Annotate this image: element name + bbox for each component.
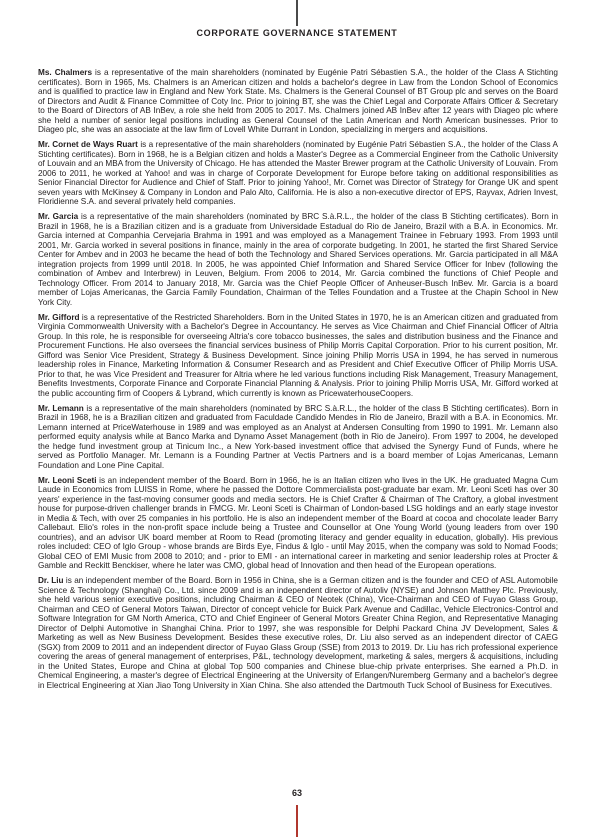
bio-paragraph: Mr. Cornet de Ways Ruart is a representa… <box>38 140 558 207</box>
bottom-crop-mark <box>296 805 298 837</box>
person-name: Ms. Chalmers <box>38 68 92 77</box>
person-bio: is an independent member of the Board. B… <box>38 476 558 571</box>
person-bio: is a representative of the main sharehol… <box>38 212 558 307</box>
bio-paragraph: Mr. Leoni Sceti is an independent member… <box>38 476 558 571</box>
person-bio: is an independent member of the Board. B… <box>38 576 558 690</box>
person-bio: is a representative of the main sharehol… <box>38 140 558 206</box>
page-number: 63 <box>0 788 594 798</box>
person-name: Mr. Cornet de Ways Ruart <box>38 140 138 149</box>
person-name: Mr. Leoni Sceti <box>38 476 97 485</box>
person-bio: is a representative of the main sharehol… <box>38 404 558 470</box>
page-title: CORPORATE GOVERNANCE STATEMENT <box>0 28 594 38</box>
document-page: CORPORATE GOVERNANCE STATEMENT Ms. Chalm… <box>0 0 594 840</box>
bio-paragraph: Mr. Gifford is a representative of the R… <box>38 313 558 399</box>
person-name: Mr. Garcia <box>38 212 78 221</box>
content-area: Ms. Chalmers is a representative of the … <box>38 68 558 696</box>
person-bio: is a representative of the main sharehol… <box>38 68 558 134</box>
person-name: Mr. Gifford <box>38 313 80 322</box>
bio-paragraph: Dr. Liu is an independent member of the … <box>38 576 558 690</box>
bio-paragraph: Mr. Garcia is a representative of the ma… <box>38 212 558 307</box>
person-name: Dr. Liu <box>38 576 64 585</box>
person-bio: is a representative of the Restricted Sh… <box>38 313 558 398</box>
top-crop-mark <box>296 0 298 26</box>
bio-paragraph: Ms. Chalmers is a representative of the … <box>38 68 558 135</box>
person-name: Mr. Lemann <box>38 404 84 413</box>
bio-paragraph: Mr. Lemann is a representative of the ma… <box>38 404 558 471</box>
